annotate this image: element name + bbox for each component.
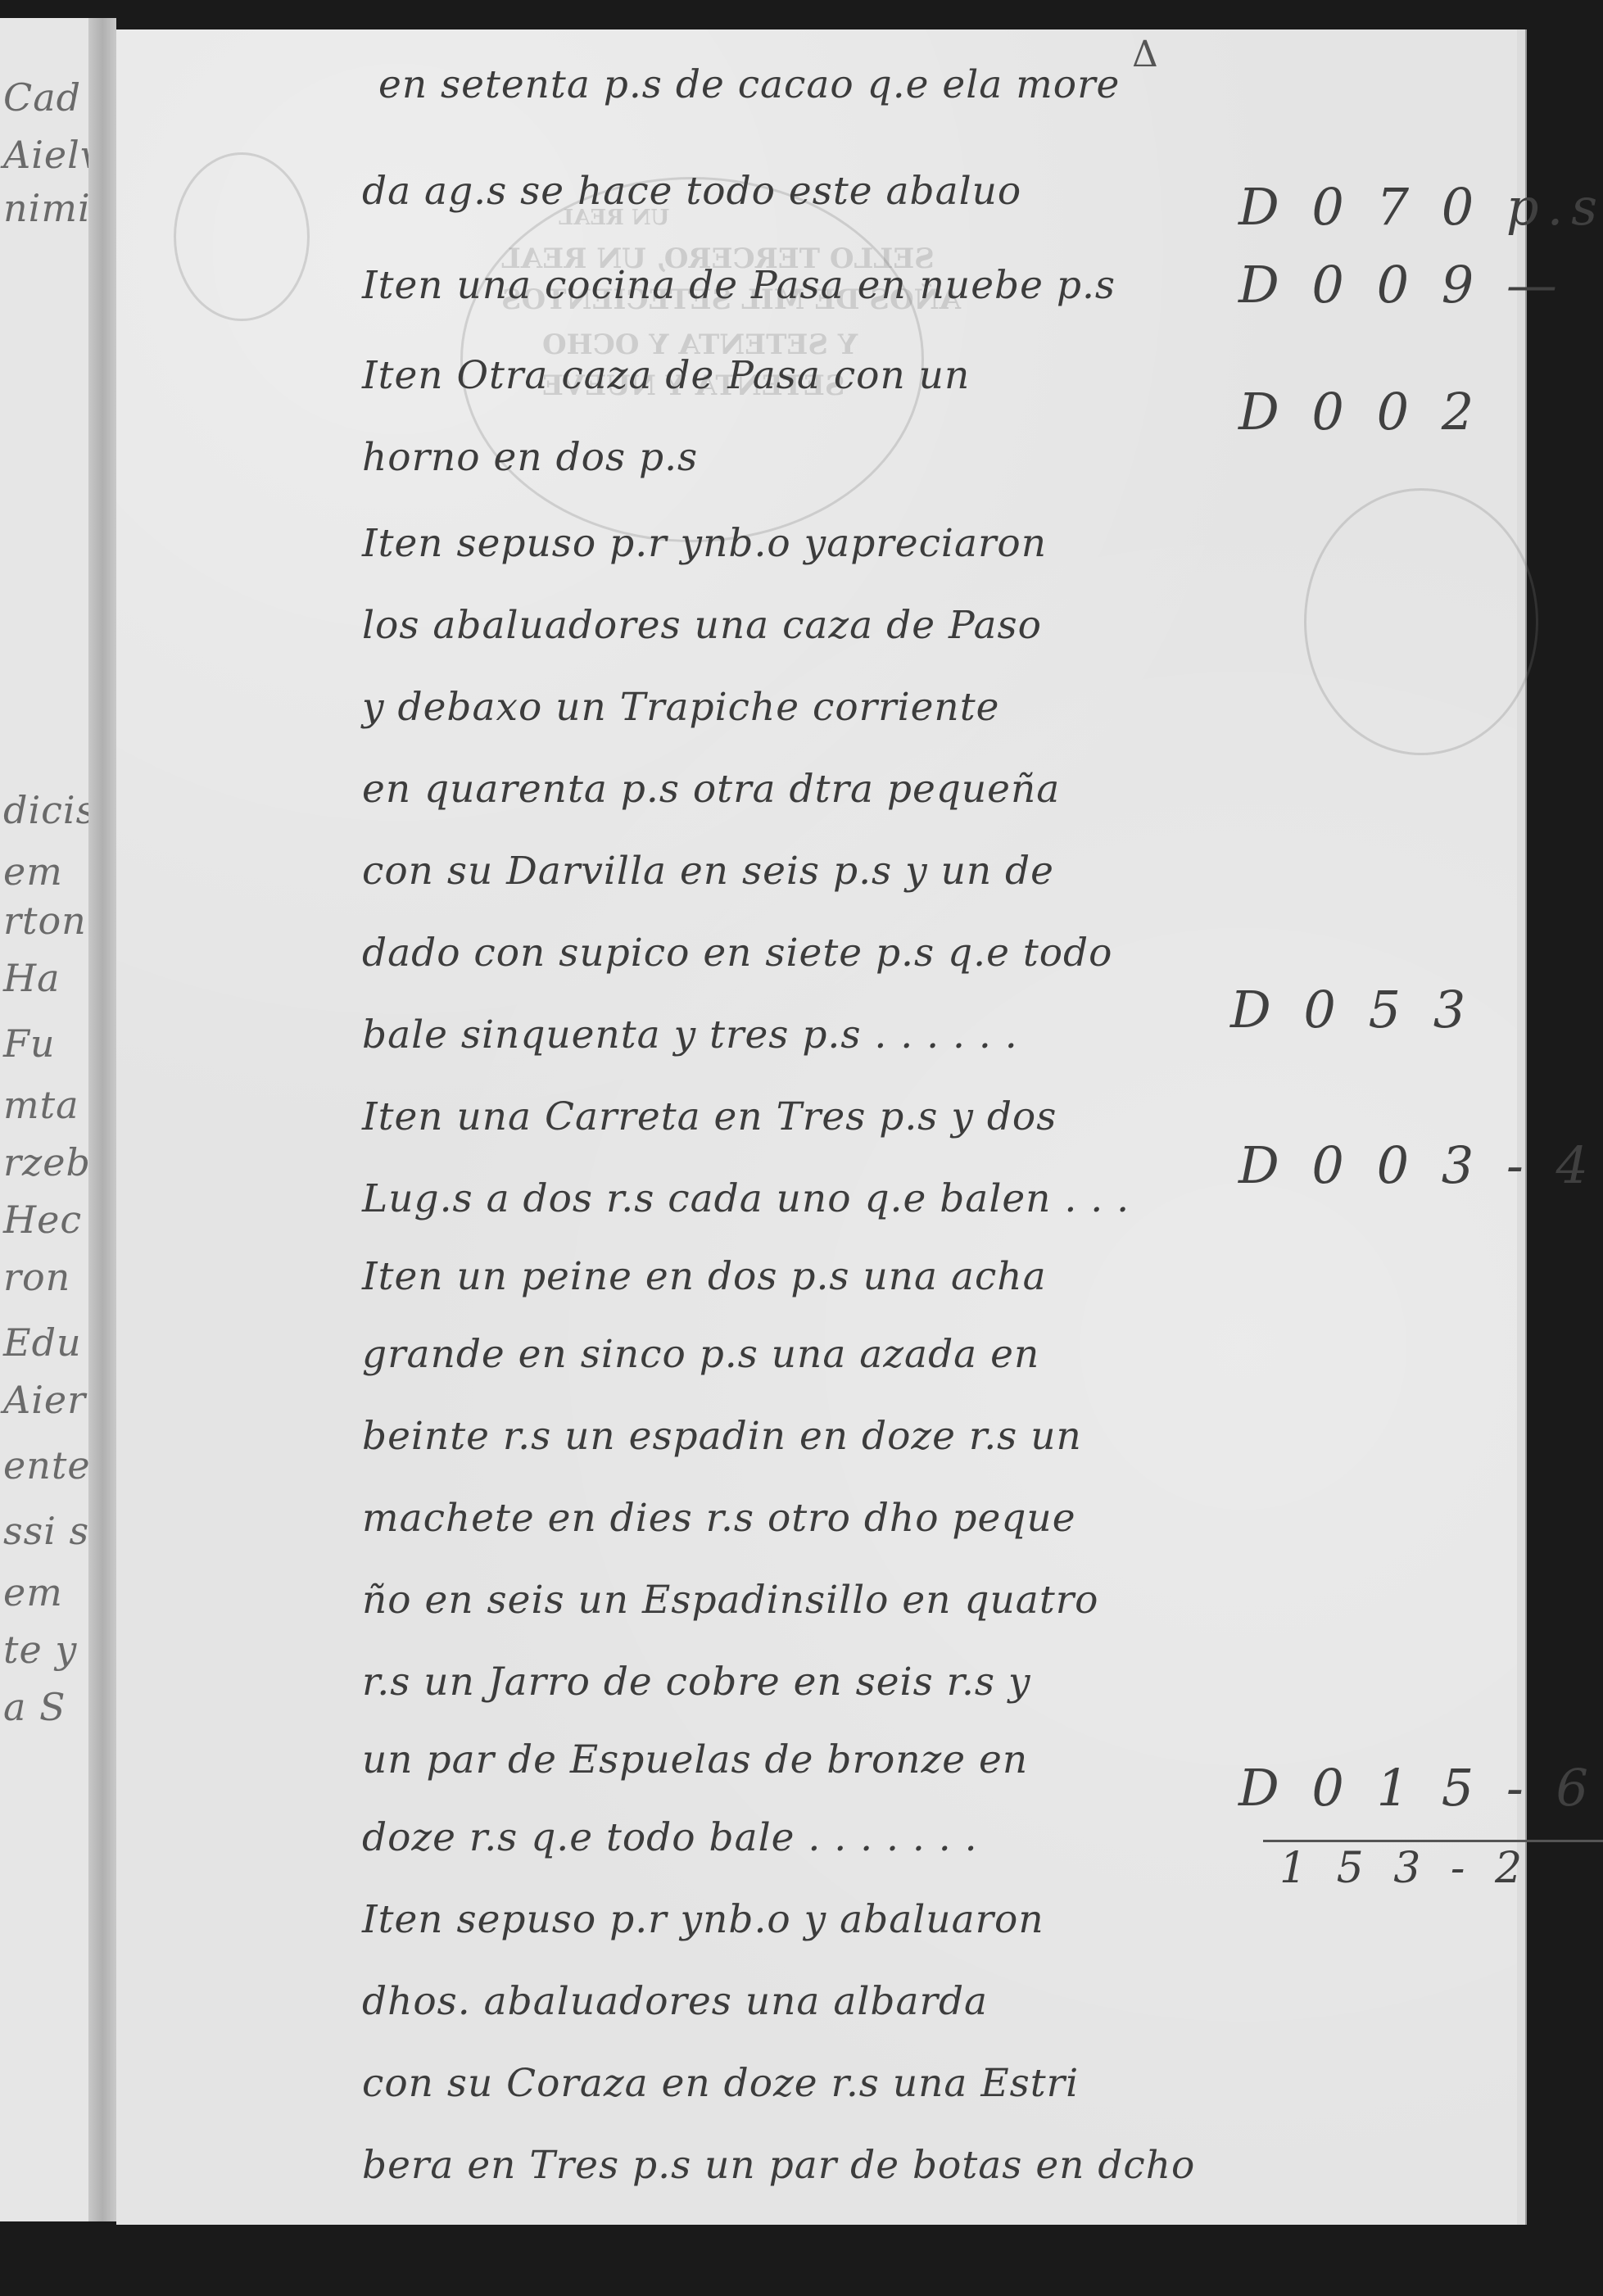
amount-entry: D 0 0 3 - 4	[1238, 1135, 1596, 1195]
text-line: dhos. abaluadores una albarda	[362, 1979, 988, 2024]
left-page-fragment: ron	[3, 1255, 70, 1299]
text-line: doze r.s q.e todo bale . . . . . . .	[362, 1815, 978, 1860]
left-page-fragment: ente	[3, 1443, 91, 1488]
left-page-fragment: rzeb	[3, 1140, 91, 1184]
text-line: bale sinquenta y tres p.s . . . . . .	[362, 1012, 1018, 1057]
text-line: machete en dies r.s otro dho peque	[362, 1496, 1076, 1541]
left-page-fragment: Ha	[3, 956, 61, 1000]
left-page-fragment: Cad	[3, 75, 81, 120]
left-page-fragment: Aielv	[3, 133, 102, 177]
left-page-fragment: Edu	[3, 1320, 82, 1365]
book-gutter	[88, 18, 116, 2221]
text-line: con su Darvilla en seis p.s y un de	[362, 849, 1054, 894]
amount-entry: D 0 5 3	[1230, 980, 1474, 1039]
text-line: Iten un peine en dos p.s una acha	[362, 1254, 1047, 1299]
amount-entry: D 0 0 2	[1238, 382, 1482, 442]
left-page-fragment: te y	[3, 1628, 77, 1672]
text-line: con su Coraza en doze r.s una Estri	[362, 2061, 1079, 2106]
left-page-fragment: nimi	[3, 186, 91, 230]
subtotal-amount: 1 5 3 - 2	[1279, 1844, 1530, 1893]
stamp-seal-right	[1304, 488, 1538, 755]
amount-entry: D 0 7 0 p.s	[1238, 177, 1603, 237]
text-line: Iten una Carreta en Tres p.s y dos	[362, 1094, 1057, 1139]
text-line: Lug.s a dos r.s cada uno q.e balen . . .	[362, 1176, 1130, 1221]
text-line: da ag.s se hace todo este abaluo	[362, 169, 1021, 214]
text-line: grande en sinco p.s una azada en	[362, 1332, 1039, 1377]
text-line: los abaluadores una caza de Paso	[362, 603, 1042, 648]
manuscript-page: UN REAL SELLO TERCERO, UN REAL AÑOS DE M…	[116, 29, 1527, 2225]
text-line: beinte r.s un espadin en doze r.s un	[362, 1414, 1082, 1459]
left-page-fragment: Fu	[3, 1021, 56, 1066]
left-page-fragment: a S	[3, 1685, 66, 1729]
text-line: Iten una cocina de Pasa en nuebe p.s	[362, 263, 1116, 308]
text-line: Iten sepuso p.r ynb.o yapreciaron	[362, 521, 1047, 566]
text-line: en setenta p.s de cacao q.e ela more	[378, 62, 1120, 107]
stamp-seal-left	[174, 152, 310, 321]
left-page-fragment: em	[3, 1570, 63, 1614]
text-line: y debaxo un Trapiche corriente	[362, 685, 999, 730]
left-page-fragment: em	[3, 849, 63, 894]
text-line: ño en seis un Espadinsillo en quatro	[362, 1578, 1098, 1623]
left-page-fragment: mta	[3, 1083, 79, 1127]
left-page-fragment: rton	[3, 899, 87, 943]
left-page-fragment: dicis	[3, 788, 96, 832]
left-page-fragment: Aier	[3, 1378, 86, 1422]
text-line: Iten Otra caza de Pasa con un	[362, 353, 970, 398]
text-line: un par de Espuelas de bronze en	[362, 1737, 1028, 1782]
text-line: Iten sepuso p.r ynb.o y abaluaron	[362, 1897, 1044, 1942]
text-line: en quarenta p.s otra dtra pequeña	[362, 767, 1060, 812]
amount-entry: D 0 1 5 - 6	[1238, 1758, 1596, 1818]
amount-entry: D 0 0 9 —	[1238, 255, 1565, 315]
sum-rule	[1263, 1840, 1603, 1842]
text-line: r.s un Jarro de cobre en seis r.s y	[362, 1660, 1031, 1705]
text-line: horno en dos p.s	[362, 435, 698, 480]
delta-mark: Δ	[1132, 34, 1158, 75]
text-line: bera en Tres p.s un par de botas en dcho	[362, 2143, 1195, 2188]
left-page-fragment: Hec	[3, 1198, 82, 1242]
text-line: dado con supico en siete p.s q.e todo	[362, 931, 1112, 976]
